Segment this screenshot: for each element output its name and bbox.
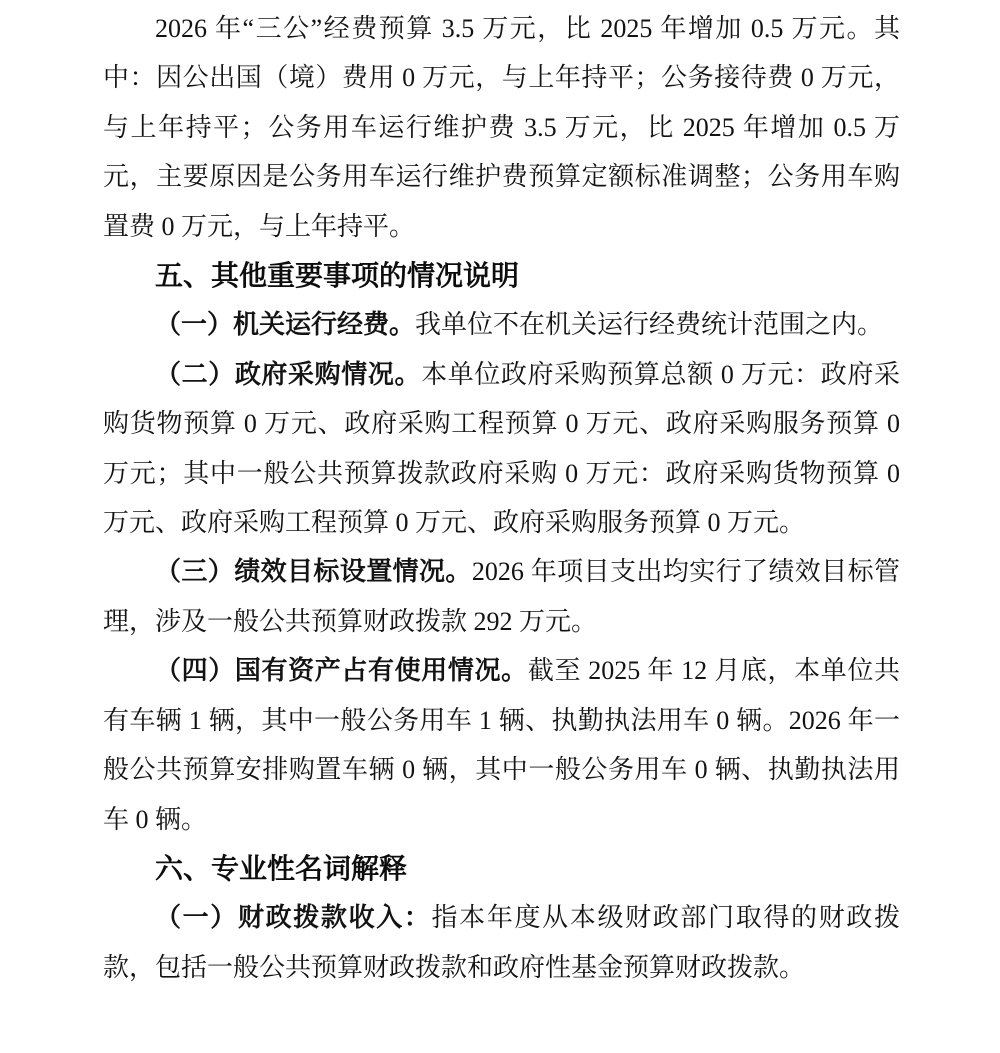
paragraph-lead: （四）国有资产占有使用情况。 — [155, 656, 528, 685]
document-page: 2026 年“三公”经费预算 3.5 万元，比 2025 年增加 0.5 万元。… — [0, 0, 1000, 1053]
paragraph-lead: （一）机关运行经费。 — [155, 310, 415, 339]
paragraph-text: 我单位不在机关运行经费统计范围之内。 — [415, 310, 883, 339]
paragraph-term-fiscal-appropriation: （一）财政拨款收入：指本年度从本级财政部门取得的财政拨款，包括一般公共预算财政拨… — [103, 893, 900, 992]
paragraph-lead: （三）绩效目标设置情况。 — [155, 557, 472, 586]
paragraph-sangong-budget: 2026 年“三公”经费预算 3.5 万元，比 2025 年增加 0.5 万元。… — [103, 4, 900, 251]
paragraph-state-assets: （四）国有资产占有使用情况。截至 2025 年 12 月底，本单位共有车辆 1 … — [103, 646, 900, 844]
paragraph-lead: （一）财政拨款收入： — [155, 903, 432, 932]
paragraph-government-procurement: （二）政府采购情况。本单位政府采购预算总额 0 万元：政府采购货物预算 0 万元… — [103, 350, 900, 548]
paragraph-lead: （二）政府采购情况。 — [155, 360, 421, 389]
paragraph-agency-operating-cost: （一）机关运行经费。我单位不在机关运行经费统计范围之内。 — [103, 300, 900, 349]
heading-section-6: 六、专业性名词解释 — [103, 844, 900, 893]
paragraph-text: 2026 年“三公”经费预算 3.5 万元，比 2025 年增加 0.5 万元。… — [103, 14, 900, 241]
paragraph-performance-targets: （三）绩效目标设置情况。2026 年项目支出均实行了绩效目标管理，涉及一般公共预… — [103, 547, 900, 646]
heading-section-5: 五、其他重要事项的情况说明 — [103, 251, 900, 300]
